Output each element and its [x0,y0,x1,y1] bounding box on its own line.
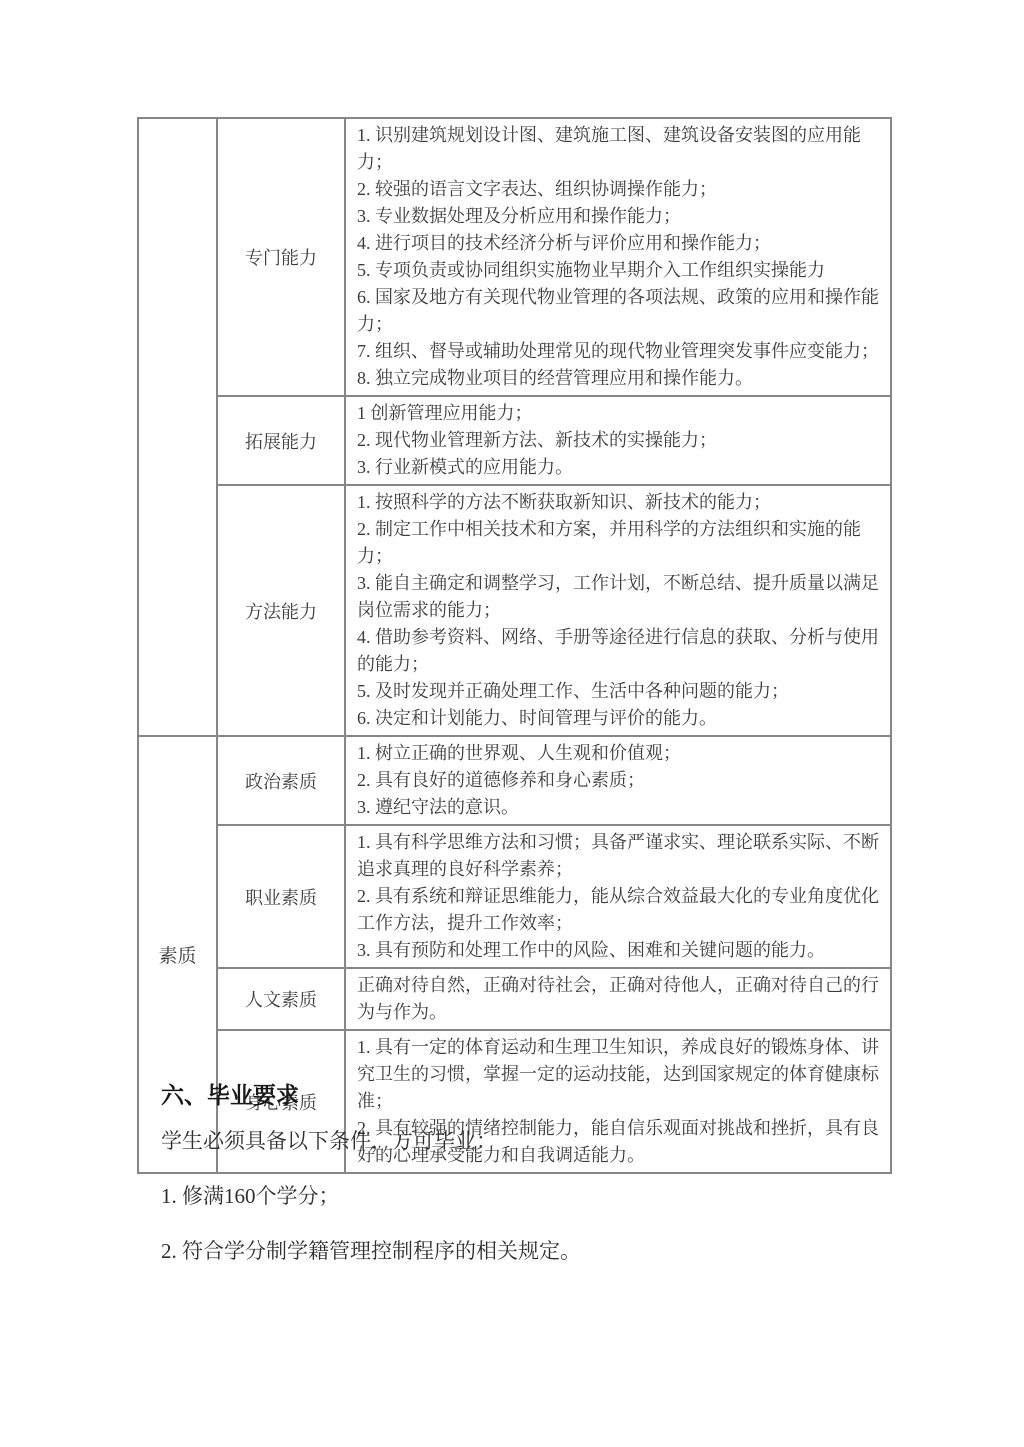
list-item: 2. 具有系统和辩证思维能力，能从综合效益最大化的专业角度优化工作方法，提升工作… [357,883,882,937]
list-item: 正确对待自然，正确对待社会，正确对待他人，正确对待自己的行为与作为。 [357,972,882,1026]
list-item: 3. 专业数据处理及分析应用和操作能力； [357,203,882,230]
graduation-requirements-section: 六、毕业要求 学生必须具备以下条件，方可毕业： 1. 修满160个学分； 2. … [161,1081,881,1292]
category-cell-method-ability: 方法能力 [217,485,345,736]
list-item: 4. 借助参考资料、网络、手册等途径进行信息的获取、分析与使用的能力； [357,624,882,678]
group-cell-ability-blank [138,118,217,736]
list-item: 6. 国家及地方有关现代物业管理的各项法规、政策的应用和操作能力； [357,284,882,338]
list-item: 1 创新管理应用能力； [357,400,882,427]
list-item: 3. 行业新模式的应用能力。 [357,454,882,481]
list-item: 2. 较强的语言文字表达、组织协调操作能力； [357,176,882,203]
section-intro: 学生必须具备以下条件，方可毕业： [161,1127,881,1156]
list-item: 4. 进行项目的技术经济分析与评价应用和操作能力； [357,230,882,257]
list-item: 2. 现代物业管理新方法、新技术的实操能力； [357,427,882,454]
list-item: 3. 能自主确定和调整学习，工作计划，不断总结、提升质量以满足岗位需求的能力； [357,570,882,624]
category-cell-expansion-ability: 拓展能力 [217,396,345,485]
list-item: 5. 专项负责或协同组织实施物业早期介入工作组织实操能力 [357,257,882,284]
list-item: 1. 按照科学的方法不断获取新知识、新技术的能力； [357,489,882,516]
list-item: 3. 具有预防和处理工作中的风险、困难和关键问题的能力。 [357,937,882,964]
content-cell-special-ability: 1. 识别建筑规划设计图、建筑施工图、建筑设备安装图的应用能力； 2. 较强的语… [345,118,891,396]
list-item: 3. 遵纪守法的意识。 [357,794,882,821]
content-cell-political-quality: 1. 树立正确的世界观、人生观和价值观； 2. 具有良好的道德修养和身心素质； … [345,736,891,825]
category-cell-humanistic-quality: 人文素质 [217,968,345,1030]
list-item: 1. 具有科学思维方法和习惯；具备严谨求实、理论联系实际、不断追求真理的良好科学… [357,829,882,883]
category-cell-political-quality: 政治素质 [217,736,345,825]
requirement-item-2: 2. 符合学分制学籍管理控制程序的相关规定。 [161,1237,881,1266]
list-item: 7. 组织、督导或辅助处理常见的现代物业管理突发事件应变能力； [357,338,882,365]
list-item: 1. 树立正确的世界观、人生观和价值观； [357,740,882,767]
content-cell-method-ability: 1. 按照科学的方法不断获取新知识、新技术的能力； 2. 制定工作中相关技术和方… [345,485,891,736]
abilities-qualities-table: 专门能力 1. 识别建筑规划设计图、建筑施工图、建筑设备安装图的应用能力； 2.… [137,117,892,1174]
list-item: 1. 识别建筑规划设计图、建筑施工图、建筑设备安装图的应用能力； [357,122,882,176]
list-item: 6. 决定和计划能力、时间管理与评价的能力。 [357,705,882,732]
list-item: 5. 及时发现并正确处理工作、生活中各种问题的能力； [357,678,882,705]
category-cell-special-ability: 专门能力 [217,118,345,396]
list-item: 2. 具有良好的道德修养和身心素质； [357,767,882,794]
category-cell-professional-quality: 职业素质 [217,825,345,968]
content-cell-expansion-ability: 1 创新管理应用能力； 2. 现代物业管理新方法、新技术的实操能力； 3. 行业… [345,396,891,485]
section-heading: 六、毕业要求 [161,1081,881,1111]
requirement-item-1: 1. 修满160个学分； [161,1182,881,1211]
content-cell-professional-quality: 1. 具有科学思维方法和习惯；具备严谨求实、理论联系实际、不断追求真理的良好科学… [345,825,891,968]
content-cell-humanistic-quality: 正确对待自然，正确对待社会，正确对待他人，正确对待自己的行为与作为。 [345,968,891,1030]
list-item: 8. 独立完成物业项目的经营管理应用和操作能力。 [357,365,882,392]
list-item: 2. 制定工作中相关技术和方案，并用科学的方法组织和实施的能力； [357,516,882,570]
